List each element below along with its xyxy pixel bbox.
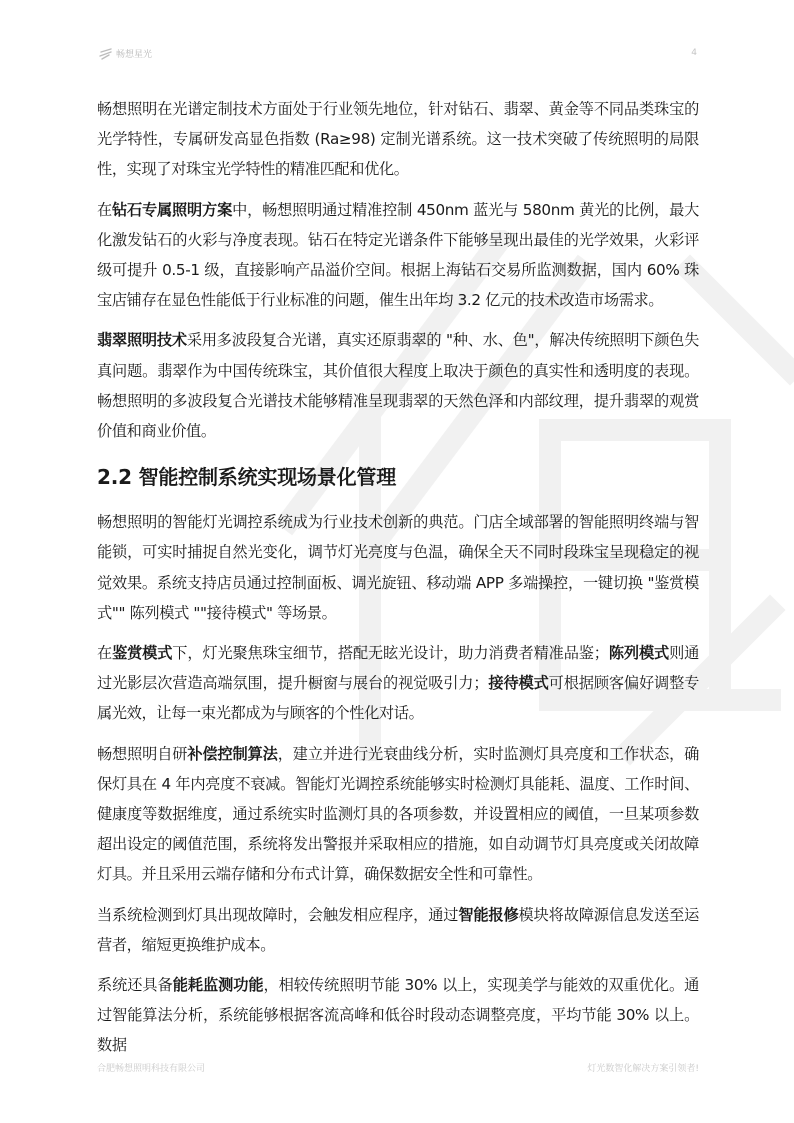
text-run: 在 [97, 644, 112, 662]
brand-name: 畅想星光 [116, 47, 152, 60]
paragraph-modes: 在鉴赏模式下，灯光聚焦珠宝细节，搭配无眩光设计，助力消费者精准品鉴；陈列模式则通… [97, 638, 699, 729]
paragraph-smart-repair: 当系统检测到灯具出现故障时，会触发相应程序，通过智能报修模块将故障源信息发送至运… [97, 900, 699, 960]
brand-logo: 畅想星光 [99, 47, 152, 60]
page-header: 畅想星光 4 [99, 47, 697, 63]
paragraph-diamond-lighting: 在钻石专属照明方案中，畅想照明通过精准控制 450nm 蓝光与 580nm 黄光… [97, 195, 699, 316]
page-number: 4 [691, 48, 697, 58]
text-run: 在 [97, 201, 112, 219]
paragraph-energy-monitoring: 系统还具备能耗监测功能，相较传统照明节能 30% 以上，实现美学与能效的双重优化… [97, 970, 699, 1061]
document-body: 畅想照明在光谱定制技术方面处于行业领先地位，针对钻石、翡翠、黄金等不同品类珠宝的… [97, 94, 699, 1071]
text-run: 当系统检测到灯具出现故障时，会触发相应程序，通过 [97, 906, 458, 924]
page-footer: 合肥畅想照明科技有限公司 灯光数智化解决方案引领者! [97, 1061, 699, 1075]
bold-term: 智能报修 [458, 906, 518, 924]
footer-company: 合肥畅想照明科技有限公司 [97, 1061, 205, 1074]
paragraph-spectrum-intro: 畅想照明在光谱定制技术方面处于行业领先地位，针对钻石、翡翠、黄金等不同品类珠宝的… [97, 94, 699, 185]
text-run: 系统还具备 [97, 976, 173, 994]
text-run: 采用多波段复合光谱，真实还原翡翠的 "种、水、色"，解决传统照明下颜色失真问题。… [97, 331, 699, 440]
paragraph-compensation-algorithm: 畅想照明自研补偿控制算法，建立并进行光衰曲线分析，实时监测灯具亮度和工作状态，确… [97, 739, 699, 890]
bold-term: 陈列模式 [609, 644, 669, 662]
brand-mark-icon [99, 48, 113, 60]
bold-term: 接待模式 [488, 674, 548, 692]
paragraph-smart-control: 畅想照明的智能灯光调控系统成为行业技术创新的典范。门店全域部署的智能照明终端与智… [97, 507, 699, 628]
text-run: 下，灯光聚焦珠宝细节，搭配无眩光设计，助力消费者精准品鉴； [172, 644, 608, 662]
bold-term: 钻石专属照明方案 [112, 201, 232, 219]
section-heading: 2.2 智能控制系统实现场景化管理 [97, 460, 699, 494]
bold-term: 鉴赏模式 [112, 644, 172, 662]
bold-term: 翡翠照明技术 [97, 331, 187, 349]
document-page: 畅想星光 4 畅想照明在光谱定制技术方面处于行业领先地位，针对钻石、翡翠、黄金等… [0, 0, 794, 1123]
text-run: 畅想照明自研 [97, 745, 187, 763]
bold-term: 能耗监测功能 [173, 976, 264, 994]
text-run: 畅想照明的智能灯光调控系统成为行业技术创新的典范。门店全域部署的智能照明终端与智… [97, 513, 699, 622]
paragraph-jade-lighting: 翡翠照明技术采用多波段复合光谱，真实还原翡翠的 "种、水、色"，解决传统照明下颜… [97, 325, 699, 446]
footer-slogan: 灯光数智化解决方案引领者! [587, 1061, 699, 1074]
text-run: ，建立并进行光衰曲线分析，实时监测灯具亮度和工作状态，确保灯具在 4 年内亮度不… [97, 745, 699, 884]
text-run: 畅想照明在光谱定制技术方面处于行业领先地位，针对钻石、翡翠、黄金等不同品类珠宝的… [97, 100, 699, 178]
bold-term: 补偿控制算法 [187, 745, 277, 763]
